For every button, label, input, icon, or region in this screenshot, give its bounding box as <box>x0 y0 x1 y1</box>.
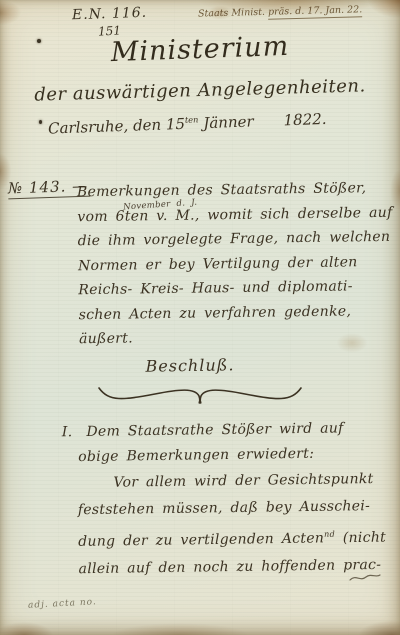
ink-speck <box>37 39 41 43</box>
paragraph-line-text: dung der zu vertilgenden Acten <box>78 530 324 549</box>
registry-number: E.N. 116. <box>72 5 148 24</box>
docket-entry: November d. J. Bemerkungen des Staatsrat… <box>77 176 395 352</box>
ministry-subtitle: der auswärtigen Angelegenheiten. <box>0 74 400 106</box>
resolution-item: I.Dem Staatsrathe Stößer wird auf obige … <box>62 416 393 471</box>
docket-line: Reichs- Kreis- Haus- und diplomati- <box>78 274 394 303</box>
praesentatum-date: präs. d. 17. Jan. 22. <box>268 4 363 19</box>
dateline-city-day: Carlsruhe, den 15 <box>48 115 186 138</box>
paragraph-line: Vor allem wird der Gesichtspunkt <box>113 466 393 497</box>
dateline-year: 1822. <box>283 110 327 129</box>
praesentatum-note: Staats Minist. präs. d. 17. Jan. 22. <box>198 3 394 19</box>
resolution-heading: Beschluß. <box>0 353 380 379</box>
item-line-text: Dem Staatsrathe Stößer wird auf <box>86 420 343 440</box>
acten-superscript: nd <box>324 530 335 539</box>
ink-speck <box>39 120 42 124</box>
catchword-mark <box>348 570 382 584</box>
item-line: I.Dem Staatsrathe Stößer wird auf <box>62 416 392 446</box>
paragraph-line-text: (nicht <box>335 530 386 547</box>
docket-line: äußert. <box>79 323 395 352</box>
manuscript-page: E.N. 116. 151 Staats Minist. präs. d. 17… <box>0 0 400 635</box>
interline-insertion: November d. J. <box>122 191 198 220</box>
item-number: I. <box>62 424 73 440</box>
pencil-note: adj. acta no. <box>28 597 97 611</box>
dateline: Carlsruhe, den 15ten Jänner1822. <box>48 108 368 137</box>
resolution-paragraph: Vor allem wird der Gesichtspunkt festste… <box>77 466 395 583</box>
heading-flourish <box>95 380 305 408</box>
docket-line: schen Acten zu verfahren gedenke, <box>79 298 395 327</box>
dateline-month: Jänner <box>198 112 254 132</box>
dateline-ordinal: ten <box>185 114 199 124</box>
paragraph-line: dung der zu vertilgenden Actennd (nicht <box>78 520 394 556</box>
praesentatum-prefix: Staats Minist. <box>198 7 268 20</box>
docket-line: die ihm vorgelegte Frage, nach welchen <box>78 225 394 254</box>
ministry-title: Ministerium <box>0 27 400 72</box>
